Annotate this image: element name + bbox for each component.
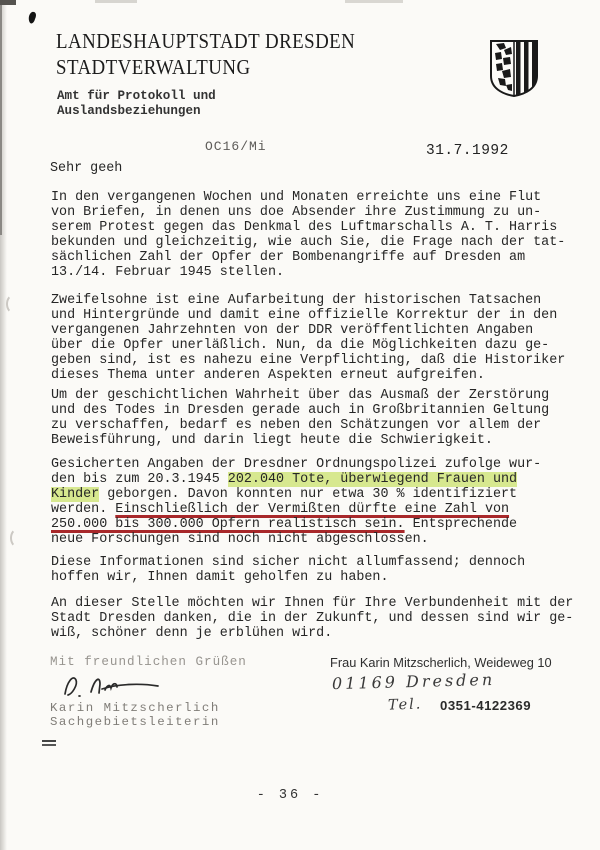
page-number: - 36 - <box>0 788 580 803</box>
reference-code: OC16/Mi <box>205 139 267 154</box>
scan-corner-blot <box>0 0 16 5</box>
letterhead-line2: STADTVERWALTUNG <box>56 55 251 79</box>
scan-streak <box>95 0 137 3</box>
handwritten-tel-label: Tel. <box>388 696 423 713</box>
contact-name-address: Frau Karin Mitzscherlich, Weideweg 10 <box>330 655 552 670</box>
scan-streak <box>345 0 403 3</box>
stamp-mark <box>42 740 56 747</box>
paragraph-2: Zweifelsohne ist eine Aufarbeitung der h… <box>51 293 565 383</box>
closing-greeting: Mit freundlichen Grüßen <box>50 655 247 669</box>
letterhead-title: LANDESHAUPTSTADT DRESDENSTADTVERWALTUNG <box>56 28 355 80</box>
handwritten-city: 01169 Dresden <box>332 670 496 693</box>
scan-edge-line <box>0 0 2 235</box>
letterhead-line1: LANDESHAUPTSTADT DRESDEN <box>56 29 355 53</box>
paragraph-5: Diese Informationen sind sicher nicht al… <box>51 555 525 585</box>
signer-name-title: Karin Mitzscherlich Sachgebietsleiterin <box>50 702 220 729</box>
telephone-number: 0351-4122369 <box>440 698 531 713</box>
scanned-letter-page: LANDESHAUPTSTADT DRESDENSTADTVERWALTUNG … <box>0 0 600 850</box>
paragraph-1: In den vergangenen Wochen und Monaten er… <box>51 190 565 280</box>
department-line2: Auslandsbeziehungen <box>57 104 201 118</box>
scan-artifact <box>10 528 26 548</box>
department-name: Amt für Protokoll undAuslandsbeziehungen <box>57 89 216 118</box>
paragraph-4-casualty-figures: Gesicherten Angaben der Dresdner Ordnung… <box>51 457 541 547</box>
letter-date: 31.7.1992 <box>426 143 509 159</box>
paragraph-3: Um der geschichtlichen Wahrheit über das… <box>51 388 549 448</box>
scan-artifact <box>6 294 22 314</box>
dresden-coat-of-arms-icon <box>488 38 540 98</box>
department-line1: Amt für Protokoll und <box>57 89 216 103</box>
ink-mark-icon <box>27 11 39 27</box>
salutation: Sehr geeh <box>50 161 122 176</box>
paragraph-6: An dieser Stelle möchten wir Ihnen für I… <box>51 596 573 641</box>
